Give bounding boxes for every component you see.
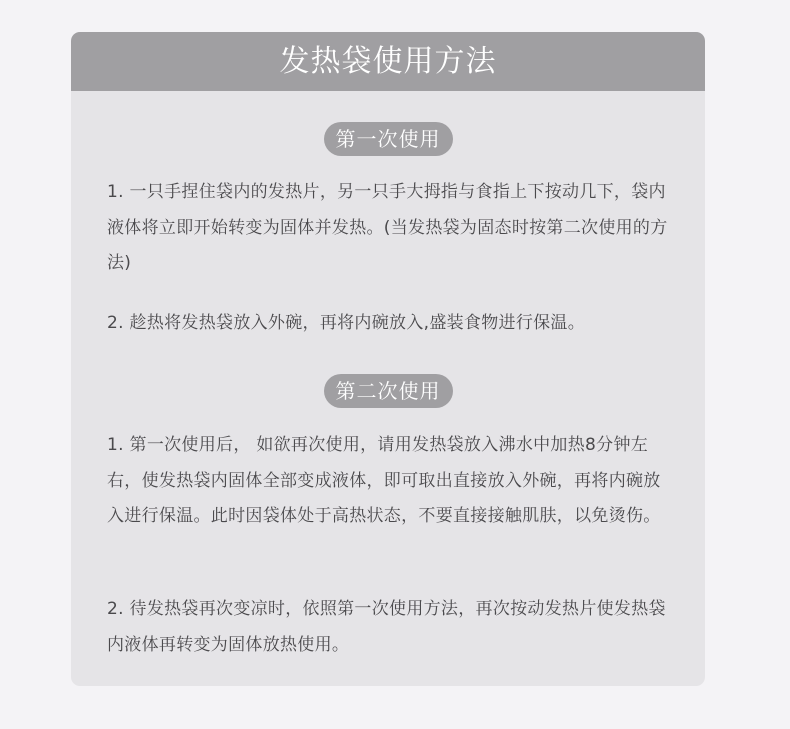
second-use-step-2: 2. 待发热袋再次变凉时，依照第一次使用方法，再次按动发热片使发热袋内液体再转变…: [107, 592, 677, 663]
section-heading-second-use: 第二次使用: [324, 374, 453, 408]
section-first-use-heading-wrap: 第一次使用: [71, 122, 705, 156]
section-second-use-heading-wrap: 第二次使用: [71, 374, 705, 408]
section-heading-first-use: 第一次使用: [324, 122, 453, 156]
first-use-step-2: 2. 趁热将发热袋放入外碗，再将内碗放入,盛装食物进行保温。: [107, 306, 677, 342]
instructions-card: 发热袋使用方法 第一次使用 1. 一只手捏住袋内的发热片，另一只手大拇指与食指上…: [71, 32, 705, 686]
page-title: 发热袋使用方法: [71, 32, 705, 91]
first-use-step-1: 1. 一只手捏住袋内的发热片，另一只手大拇指与食指上下按动几下，袋内液体将立即开…: [107, 175, 677, 282]
second-use-step-1: 1. 第一次使用后， 如欲再次使用，请用发热袋放入沸水中加热8分钟左右，使发热袋…: [107, 428, 677, 535]
